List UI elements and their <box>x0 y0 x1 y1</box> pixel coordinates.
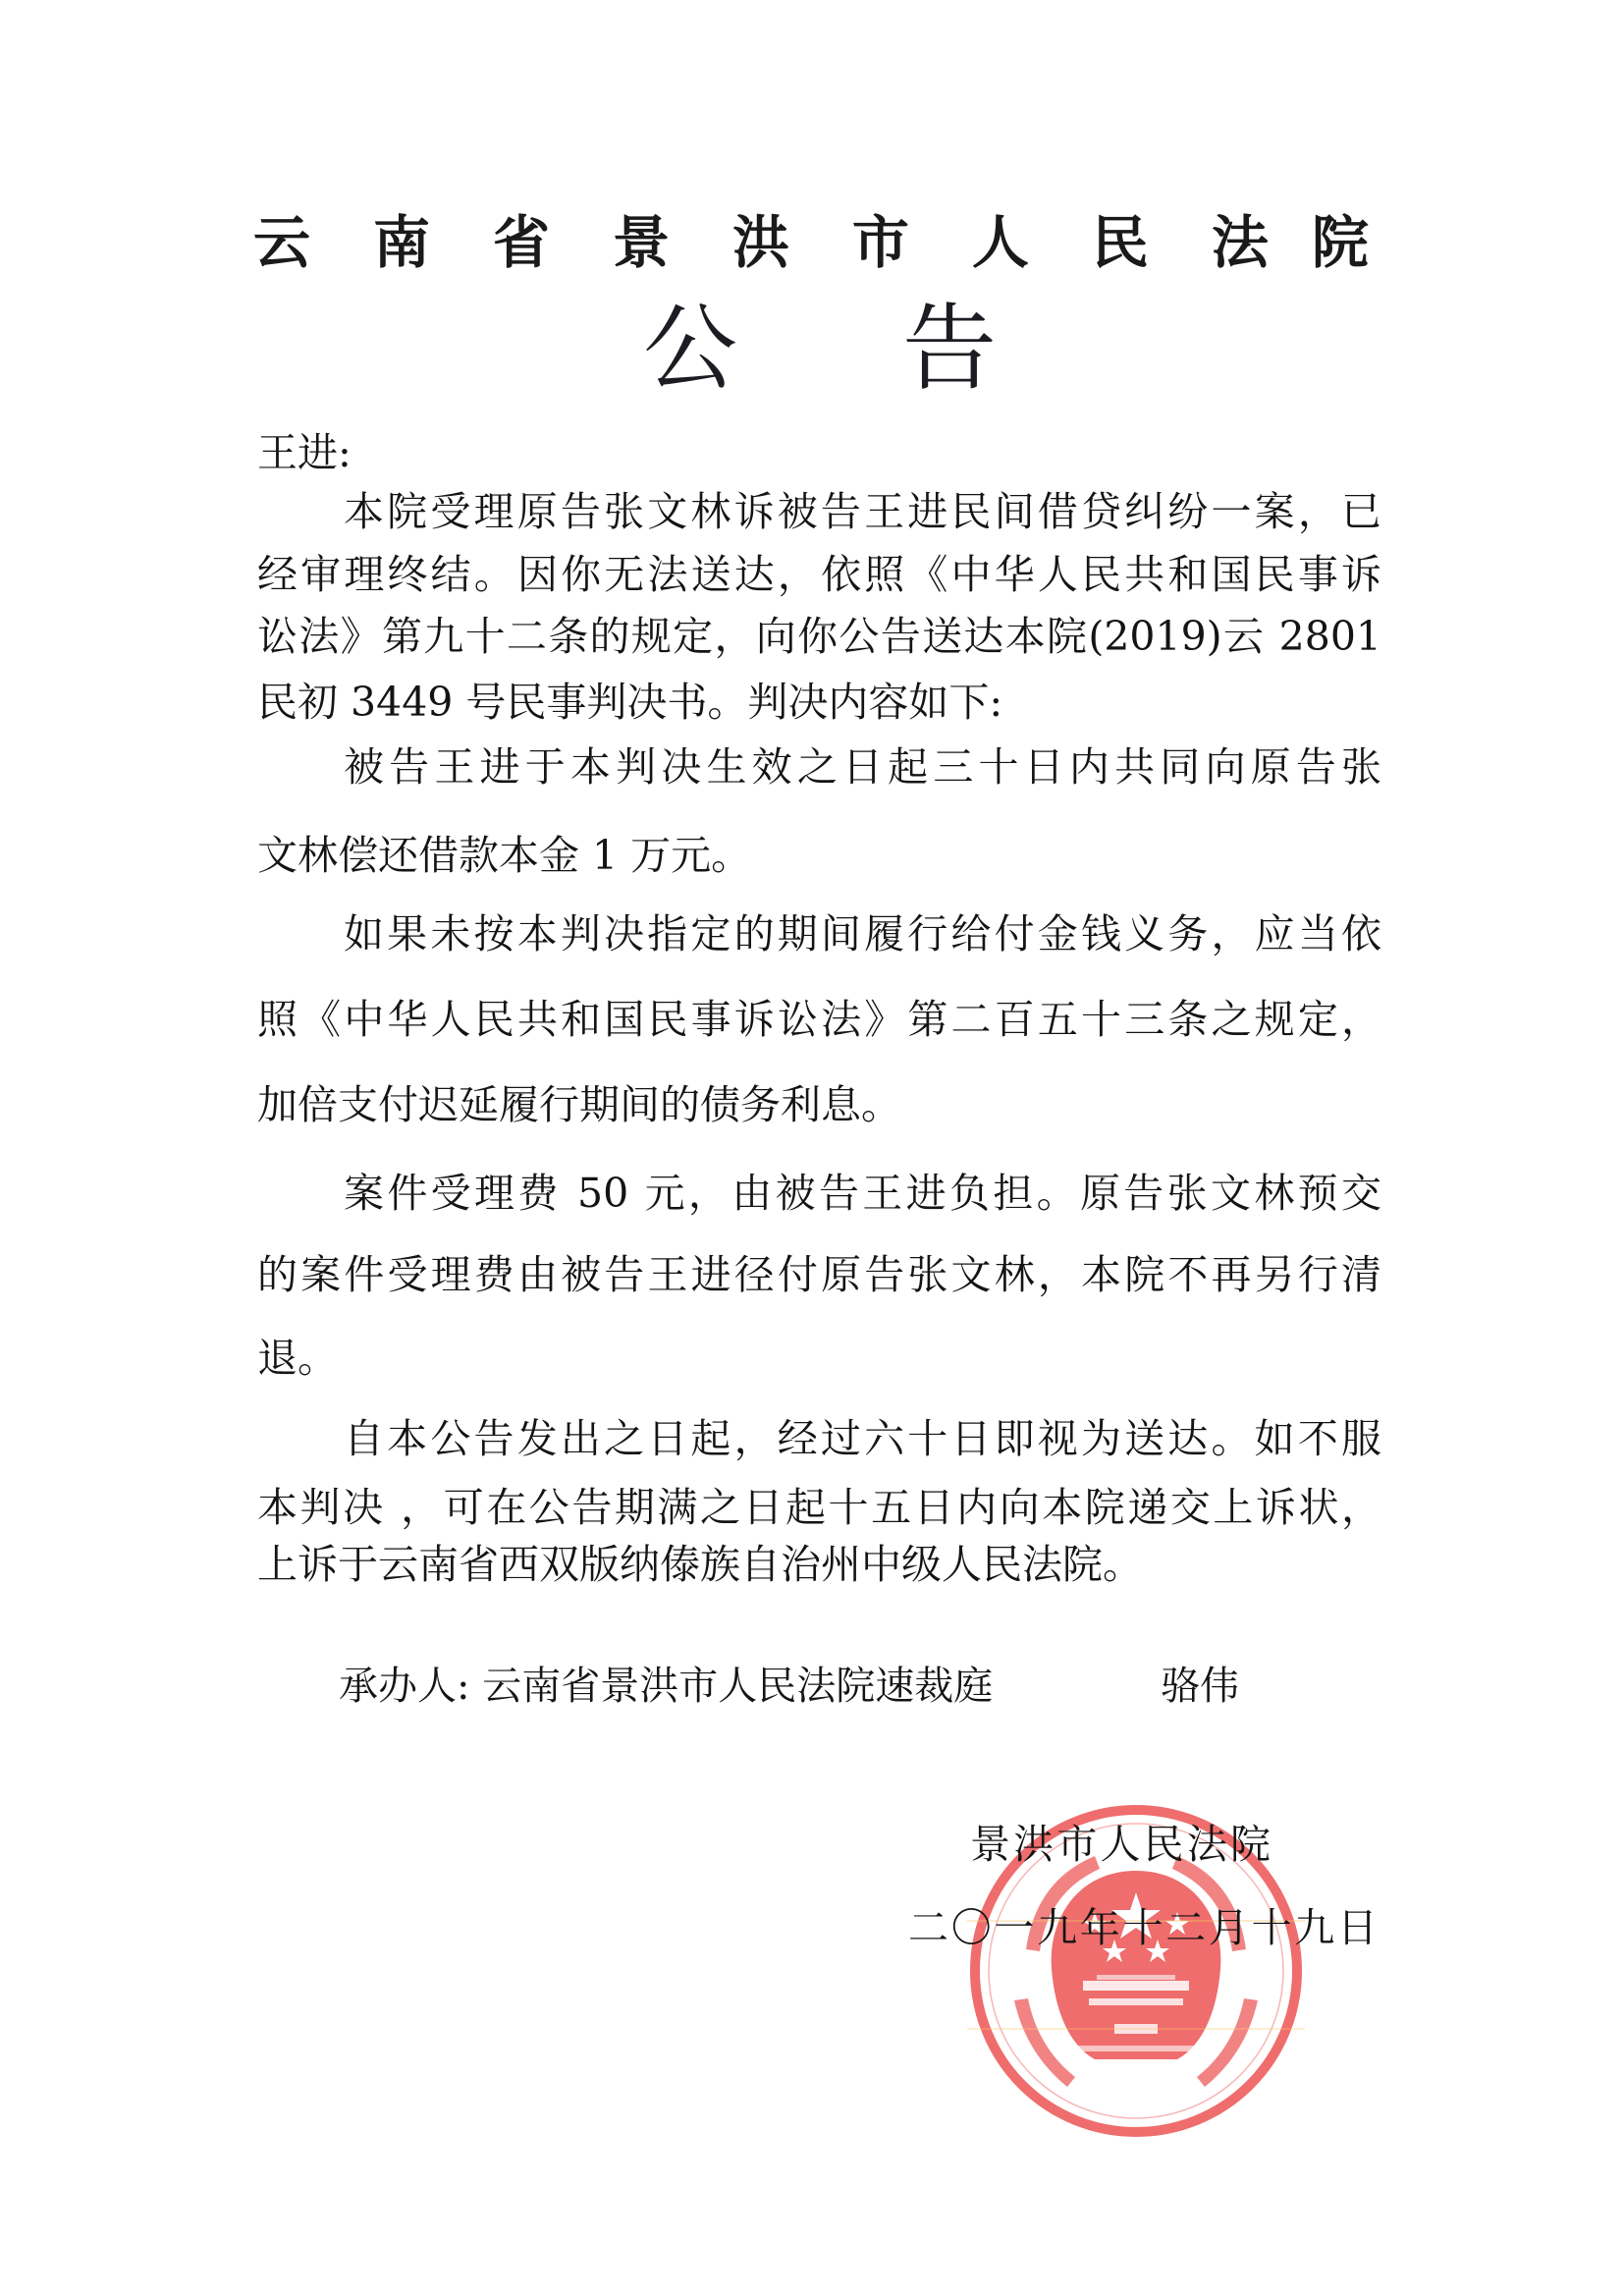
issuing-court: 景洪市人民法院 <box>970 1822 1271 1867</box>
paragraph-5-line: 上诉于云南省西双版纳傣族自治州中级人民法院。 <box>257 1540 1381 1589</box>
court-header-char: 市 <box>852 208 909 277</box>
court-header-char: 景 <box>613 208 670 277</box>
court-header: 云 南 省 景 洪 市 人 民 法 院 <box>253 208 1369 277</box>
paragraph-2-line: 文林偿还借款本金 1 万元。 <box>257 831 1381 880</box>
paragraph-1-line: 经审理终结。因你无法送达，依照《中华人民共和国民事诉 <box>257 550 1381 599</box>
handler-label: 承办人: 云南省景洪市人民法院速裁庭 <box>339 1662 993 1711</box>
handler-name: 骆伟 <box>1161 1662 1239 1711</box>
case-handler: 承办人: 云南省景洪市人民法院速裁庭 骆伟 <box>339 1662 1239 1711</box>
notice-title: 公 告 <box>643 295 997 403</box>
court-header-char: 院 <box>1312 208 1369 277</box>
notice-title-char: 告 <box>902 295 997 403</box>
paragraph-3-line: 加倍支付迟延履行期间的债务利息。 <box>257 1080 1381 1129</box>
paragraph-2-line: 被告王进于本判决生效之日起三十日内共同向原告张 <box>344 742 1381 792</box>
court-header-char: 南 <box>373 208 430 277</box>
paragraph-3-line: 如果未按本判决指定的期间履行给付金钱义务，应当依 <box>344 909 1381 958</box>
court-header-char: 云 <box>253 208 310 277</box>
notice-title-char: 公 <box>643 295 737 403</box>
paragraph-4-line: 案件受理费 50 元，由被告王进负担。原告张文林预交 <box>344 1169 1381 1218</box>
court-header-char: 省 <box>493 208 550 277</box>
salutation: 王进: <box>257 428 352 477</box>
paragraph-5-line: 本判决 ，可在公告期满之日起十五日内向本院递交上诉状， <box>257 1483 1381 1532</box>
paragraph-5-line: 自本公告发出之日起，经过六十日即视为送达。如不服 <box>344 1414 1381 1463</box>
paragraph-1-line: 民初 3449 号民事判决书。判决内容如下: <box>257 678 1381 727</box>
court-header-char: 人 <box>972 208 1029 277</box>
paragraph-1-line: 讼法》第九十二条的规定，向你公告送达本院(2019)云 2801 <box>257 612 1381 661</box>
paragraph-1-line: 本院受理原告张文林诉被告王进民间借贷纠纷一案，已 <box>344 487 1381 536</box>
court-header-char: 洪 <box>732 208 789 277</box>
court-header-char: 民 <box>1092 208 1149 277</box>
paragraph-4-line: 退。 <box>257 1334 1381 1383</box>
document-page: 云 南 省 景 洪 市 人 民 法 院 公 告 王进: 本院受理原告张文林诉被告… <box>0 0 1623 2296</box>
issue-date: 二〇一九年十二月十九日 <box>908 1905 1378 1950</box>
paragraph-4-line: 的案件受理费由被告王进径付原告张文林，本院不再另行清 <box>257 1250 1381 1299</box>
paragraph-3-line: 照《中华人民共和国民事诉讼法》第二百五十三条之规定， <box>257 995 1381 1044</box>
court-header-char: 法 <box>1212 208 1269 277</box>
